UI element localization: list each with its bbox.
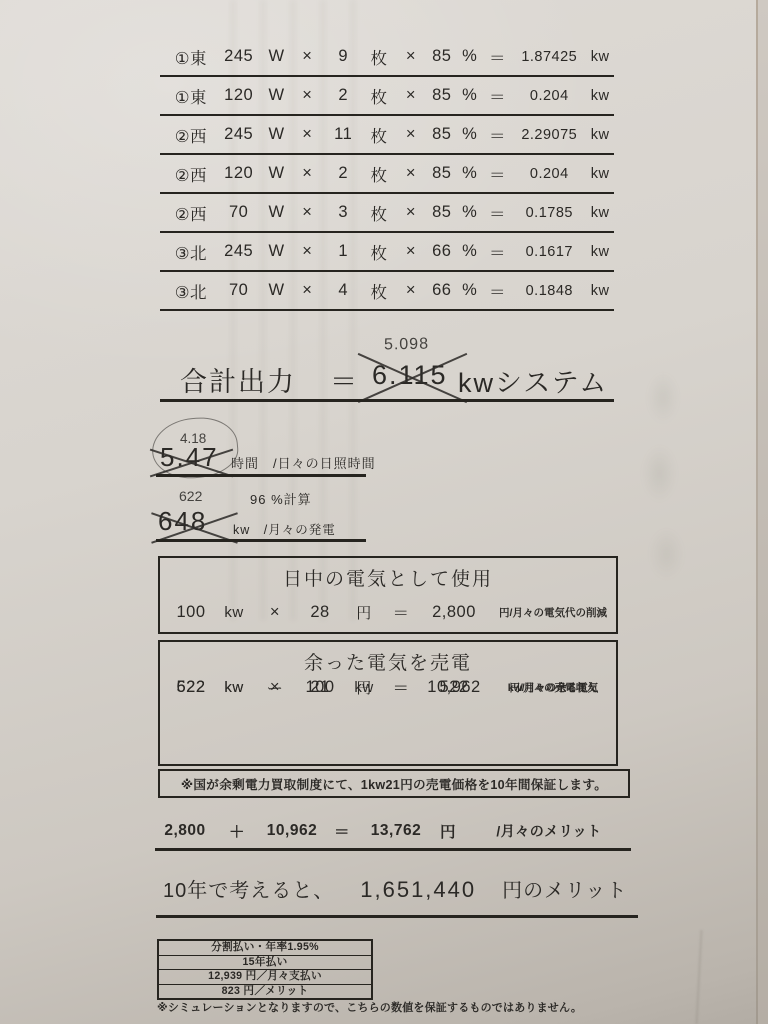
operator: ×: [254, 678, 296, 697]
multiply-sign: ×: [291, 125, 323, 144]
daytime-use-title: 日中の電気として使用: [160, 564, 616, 591]
daytime-use-equation: 100 kw × 28 円 ＝ 2,800 円/月々の電気代の削減: [160, 600, 616, 624]
panel-calculation-row: ①東 120 W × 2 枚 × 85 % ＝ 0.204 kw: [160, 77, 614, 116]
loan-payment-row: 15年払い: [159, 956, 371, 971]
panel-calculation-row: ①東 245 W × 9 枚 × 85 % ＝ 1.87425 kw: [160, 38, 614, 77]
panel-direction-label: ②西: [166, 162, 216, 186]
equals-sign: ＝: [330, 360, 359, 399]
kw-unit: kw: [586, 127, 614, 143]
equals-sign: ＝: [483, 279, 513, 303]
unit: 円: [430, 820, 466, 842]
watt-unit: W: [262, 47, 292, 66]
panel-calculation-row: ②西 120 W × 2 枚 × 85 % ＝ 0.204 kw: [160, 155, 614, 194]
equation-note: 円/月々の電気代の削減: [490, 605, 616, 620]
equals-sign: ＝: [483, 240, 513, 264]
total-output-label: 合計出力: [180, 360, 296, 399]
operator: ×: [254, 603, 296, 622]
equals-sign: ＝: [483, 201, 513, 225]
panel-wattage: 70: [216, 281, 262, 300]
panel-direction-label: ②西: [166, 123, 216, 147]
panel-count: 1: [323, 242, 363, 261]
panel-calculation-row: ③北 245 W × 1 枚 × 66 % ＝ 0.1617 kw: [160, 233, 614, 272]
kw-unit: kw: [586, 283, 614, 299]
unit: kw: [214, 604, 254, 621]
efficiency-percent: 85: [427, 86, 457, 105]
panel-wattage: 70: [216, 203, 262, 222]
kw-unit: kw: [586, 88, 614, 104]
multiply-sign: ×: [291, 281, 323, 300]
equals-sign: ＝: [384, 675, 418, 699]
kw-unit: kw: [586, 244, 614, 260]
ten-year-underline: [156, 915, 638, 918]
equation-note: /月々のメリット: [466, 821, 632, 841]
percent-sign: %: [457, 281, 483, 300]
panel-count: 4: [323, 281, 363, 300]
watt-unit: W: [262, 86, 292, 105]
equals-sign: ＝: [483, 84, 513, 108]
sheet-unit: 枚: [363, 201, 395, 225]
unit: 円: [344, 602, 384, 623]
total-output-line: 合計出力 ＝ 6.115 kwシステム: [160, 358, 614, 398]
ten-year-value: 1,651,440: [360, 877, 476, 903]
disclaimer-text: ※シミュレーションとなりますので、こちらの数値を保証するものではありません。: [157, 999, 582, 1015]
panel-direction-label: ②西: [166, 201, 216, 225]
sheet-unit: 枚: [363, 123, 395, 147]
efficiency-percent: 66: [427, 242, 457, 261]
loan-payment-row: 分割払い・年率1.95%: [159, 941, 371, 956]
loan-payment-row: 823 円／メリット: [159, 985, 371, 999]
panel-calculation-row: ②西 70 W × 3 枚 × 85 % ＝ 0.1785 kw: [160, 194, 614, 233]
multiply-sign: ×: [395, 125, 427, 144]
equals-sign: ＝: [483, 162, 513, 186]
multiply-sign: ×: [291, 86, 323, 105]
system-unit-label: kwシステム: [458, 361, 608, 400]
output-result: 2.29075: [512, 127, 586, 143]
sell-surplus-box: 余った電気を売電 622 kw ー 100 kw ＝ 522 kw/月々の余る電…: [158, 640, 618, 766]
value: 10,962: [262, 822, 322, 840]
multiply-sign: ×: [395, 242, 427, 261]
value: 21: [296, 678, 344, 697]
equals-sign: ＝: [483, 45, 513, 69]
multiply-sign: ×: [395, 86, 427, 105]
efficiency-percent: 85: [427, 125, 457, 144]
equals-sign: ＝: [483, 123, 513, 147]
ten-year-merit-line: 10年で考えると、 1,651,440 円のメリット: [163, 874, 627, 903]
percent-sign: %: [457, 164, 483, 183]
monthly-generation-label: kw /月々の発電: [233, 520, 336, 538]
equation-note: 円/月々の売電収入: [490, 680, 616, 695]
monthly-merit-equation: 2,800 ＋ 10,962 ＝ 13,762 円 /月々のメリット: [158, 820, 632, 842]
generation-underline: [156, 539, 366, 542]
multiply-sign: ×: [395, 47, 427, 66]
kw-unit: kw: [586, 205, 614, 221]
sheet-unit: 枚: [363, 45, 395, 69]
watt-unit: W: [262, 281, 292, 300]
panel-wattage: 245: [216, 47, 262, 66]
ten-year-suffix: 円のメリット: [502, 874, 627, 903]
percent-sign: %: [457, 242, 483, 261]
output-result: 0.204: [512, 88, 586, 104]
value: 100: [168, 603, 214, 622]
unit: 円: [344, 677, 384, 698]
panel-wattage: 245: [216, 125, 262, 144]
operator: ＋: [212, 820, 262, 842]
loan-payment-box: 分割払い・年率1.95% 15年払い 12,939 円／月々支払い 823 円／…: [157, 939, 373, 1000]
panel-direction-label: ③北: [166, 279, 216, 303]
equals-sign: ＝: [322, 820, 362, 842]
efficiency-percent: 85: [427, 203, 457, 222]
panel-count: 2: [323, 86, 363, 105]
panel-wattage: 245: [216, 242, 262, 261]
panel-count: 3: [323, 203, 363, 222]
output-result: 0.1848: [512, 283, 586, 299]
crossed-out-generation-value: 648: [158, 506, 207, 537]
multiply-sign: ×: [395, 203, 427, 222]
panel-wattage: 120: [216, 164, 262, 183]
unit: kw: [214, 679, 254, 696]
calc-percent-note: 96 %計算: [250, 489, 312, 508]
panel-calculation-table: ①東 245 W × 9 枚 × 85 % ＝ 1.87425 kw ①東 12…: [160, 38, 614, 311]
handwritten-corrected-generation: 622: [179, 488, 202, 504]
equals-sign: ＝: [384, 600, 418, 624]
result: 10,962: [418, 678, 490, 697]
result: 13,762: [362, 822, 430, 840]
panel-count: 2: [323, 164, 363, 183]
multiply-sign: ×: [291, 164, 323, 183]
panel-direction-label: ①東: [166, 84, 216, 108]
percent-sign: %: [457, 47, 483, 66]
background-strip: [758, 0, 768, 1024]
sunshine-hours-label: 時間 /日々の日照時間: [231, 453, 376, 472]
sell-surplus-title: 余った電気を売電: [160, 648, 616, 675]
kw-unit: kw: [586, 166, 614, 182]
merit-underline: [155, 848, 631, 851]
output-result: 0.1785: [512, 205, 586, 221]
panel-calculation-row: ②西 245 W × 11 枚 × 85 % ＝ 2.29075 kw: [160, 116, 614, 155]
paper-crease: [696, 930, 703, 1024]
percent-sign: %: [457, 86, 483, 105]
guarantee-note-text: ※国が余剰電力買取制度にて、1kw21円の売電価格を10年間保証します。: [181, 774, 607, 793]
value: 522: [168, 678, 214, 697]
solar-simulation-sheet: ①東 245 W × 9 枚 × 85 % ＝ 1.87425 kw ①東 12…: [0, 0, 768, 1024]
sunshine-underline: [156, 474, 366, 477]
kw-unit: kw: [586, 49, 614, 65]
panel-count: 9: [323, 47, 363, 66]
output-result: 1.87425: [512, 49, 586, 65]
efficiency-percent: 66: [427, 281, 457, 300]
value: 28: [296, 603, 344, 622]
crossed-out-total-value: 6.115: [372, 360, 448, 391]
crossed-out-hours-value: 5.47: [160, 442, 219, 473]
panel-direction-label: ③北: [166, 240, 216, 264]
watt-unit: W: [262, 164, 292, 183]
efficiency-percent: 85: [427, 164, 457, 183]
multiply-sign: ×: [395, 164, 427, 183]
percent-sign: %: [457, 203, 483, 222]
panel-direction-label: ①東: [166, 45, 216, 69]
ink-bleedthrough-smudge: [628, 370, 698, 600]
efficiency-percent: 85: [427, 47, 457, 66]
panel-calculation-row: ③北 70 W × 4 枚 × 66 % ＝ 0.1848 kw: [160, 272, 614, 311]
ten-year-prefix: 10年で考えると、: [163, 874, 334, 903]
output-result: 0.204: [512, 166, 586, 182]
panel-count: 11: [323, 125, 363, 144]
multiply-sign: ×: [395, 281, 427, 300]
total-underline: [160, 399, 614, 402]
multiply-sign: ×: [291, 47, 323, 66]
result: 2,800: [418, 603, 490, 622]
paper-right-edge: [756, 0, 758, 1024]
guarantee-note-box: ※国が余剰電力買取制度にて、1kw21円の売電価格を10年間保証します。: [158, 769, 630, 798]
sheet-unit: 枚: [363, 162, 395, 186]
watt-unit: W: [262, 203, 292, 222]
handwritten-corrected-total: 5.098: [384, 336, 429, 355]
sheet-unit: 枚: [363, 240, 395, 264]
value: 2,800: [158, 822, 212, 840]
multiply-sign: ×: [291, 203, 323, 222]
panel-wattage: 120: [216, 86, 262, 105]
daytime-use-box: 日中の電気として使用 100 kw × 28 円 ＝ 2,800 円/月々の電気…: [158, 556, 618, 634]
watt-unit: W: [262, 242, 292, 261]
output-result: 0.1617: [512, 244, 586, 260]
percent-sign: %: [457, 125, 483, 144]
sheet-unit: 枚: [363, 279, 395, 303]
sheet-unit: 枚: [363, 84, 395, 108]
loan-payment-row: 12,939 円／月々支払い: [159, 970, 371, 985]
multiply-sign: ×: [291, 242, 323, 261]
watt-unit: W: [262, 125, 292, 144]
sell-surplus-equation: 522 kw × 21 円 ＝ 10,962 円/月々の売電収入: [160, 675, 616, 699]
